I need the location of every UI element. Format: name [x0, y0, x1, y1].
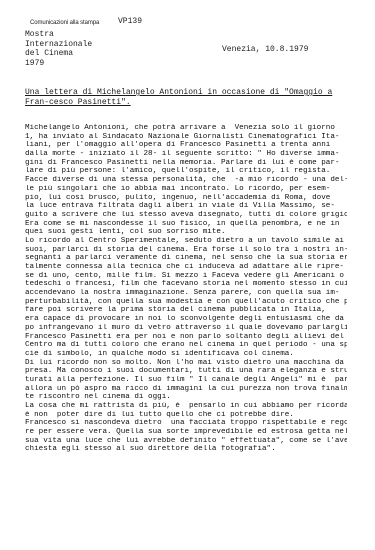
body-text-line: Francesco Pasinetti era per noi e non pa… [25, 333, 347, 342]
body-text-line: La cosa che mi rattrista di più, è pensa… [25, 402, 347, 411]
body-text-line: Era come se mi nascondesse il suo fisico… [25, 220, 347, 229]
body-text-line: quei suoi gesti lenti, col suo sorriso m… [25, 228, 347, 237]
body-text-line: Facce diverse di una stessa personalità,… [25, 176, 347, 185]
body-text-line: le più singolari che io abbia mai incont… [25, 185, 347, 194]
organization-line: 1979 [25, 59, 92, 69]
body-text-line: po infrangevano il muro di vetro attrave… [25, 324, 347, 333]
body-text-line: 1, ha inviato al Sindacato Nazionale Gio… [25, 133, 347, 142]
body-text-line: segnanti a parlarci veramente di cinema,… [25, 254, 347, 263]
organization-line: Internazionale [25, 40, 92, 50]
place-and-date: Venezia, 10.8.1979 [222, 45, 308, 54]
body-text-line: turati alla perfezione. Il suo film " Il… [25, 376, 347, 385]
press-release-page: Comunicazioni alla stampa VP139 Mostra I… [0, 0, 375, 550]
body-text-line: Lo ricordo al Centro Sperimentale, sedut… [25, 237, 347, 246]
body-text-line: se di uno, cento, mille film. Si mezzo i… [25, 272, 347, 281]
body-text-line: chiesta egli stesso al suo direttore del… [25, 445, 347, 454]
body-text-line: Centro ma di tutti coloro che erano nel … [25, 341, 347, 350]
body-text-line: te riscontro nel cinema di oggi. [25, 393, 347, 402]
title-underlined-text: Una lettera di Michelangelo Antonioni in… [25, 88, 332, 107]
body-text-line: è non poter dire di lui tutto quello che… [25, 411, 347, 420]
body-text-line: allora un pò aspro ma ricco di immagini … [25, 385, 347, 394]
body-text-line: tedeschi o francesi, film che facevano s… [25, 280, 347, 289]
title-tail: ". [121, 98, 131, 107]
document-title: Una lettera di Michelangelo Antonioni in… [25, 88, 345, 108]
body-text-line: fare poi scrivere la prima storia del ci… [25, 306, 347, 315]
document-body: Michelangelo Antonioni, che potrà arriva… [25, 124, 347, 454]
organization-line: Mostra [25, 30, 92, 40]
body-text-line: lare di più persone: l'amico, quell'ospi… [25, 167, 347, 176]
body-text-line: perturbabilità, con quella sua modestia … [25, 298, 347, 307]
organization-block: Mostra Internazionale del Cinema 1979 [25, 30, 92, 68]
body-text-line: pio, lui così brusco, pulito, ingenuo, n… [25, 194, 347, 203]
body-text-line: la luce entrava filtrata dagli alberi in… [25, 202, 347, 211]
body-text-line: liani, per l'omaggio all'opera di France… [25, 141, 347, 150]
body-text-line: era capace di provocare in noi lo sconvo… [25, 315, 347, 324]
body-text-line: Francesco si nascondeva dietro una facci… [25, 419, 347, 428]
body-text-line: cie di simbolo, in qualche modo si ident… [25, 350, 347, 359]
body-text-line: presa. Ma conosco i suoi documentari, tu… [25, 367, 347, 376]
document-code: VP139 [118, 17, 142, 26]
body-text-line: Michelangelo Antonioni, che potrà arriva… [25, 124, 347, 133]
body-text-line: accendevano la nostra immaginazione. Sen… [25, 289, 347, 298]
body-text-line: Di lui ricordo non so molto. Non l'ho ma… [25, 359, 347, 368]
body-text-line: guito a scrivere che lui stesso aveva di… [25, 211, 347, 220]
press-communication-label: Comunicazioni alla stampa [30, 20, 99, 26]
body-text-line: gini di Francesco Pasinetti nella memori… [25, 159, 347, 168]
body-text-line: re per essere vera. Quella sua sorte imp… [25, 428, 347, 437]
body-text-line: talmente connessa alla tecnica che ci in… [25, 263, 347, 272]
body-text-line: sua vita una luce che lui avrebbe defini… [25, 437, 347, 446]
body-text-line: dalla morte - iniziato il 28- il seguent… [25, 150, 347, 159]
body-text-line: suoi, parlarci di storia del cinema. Era… [25, 246, 347, 255]
organization-line: del Cinema [25, 49, 92, 59]
